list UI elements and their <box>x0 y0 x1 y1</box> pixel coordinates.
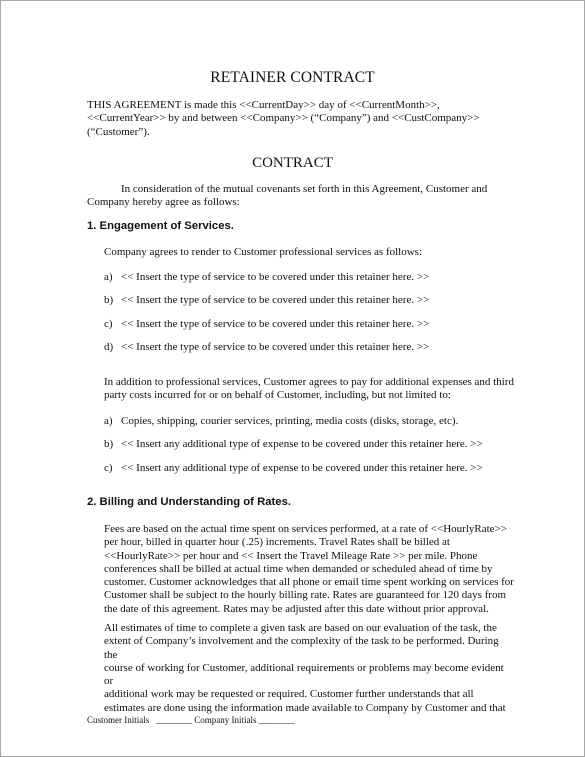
service-item: d)<< Insert the type of service to be co… <box>104 341 429 354</box>
item-text: << Insert the type of service to be cove… <box>121 341 429 353</box>
company-initials-field[interactable]: ________ <box>259 714 295 727</box>
consideration-paragraph: In consideration of the mutual covenants… <box>87 183 507 210</box>
customer-initials-field[interactable]: ________ <box>156 714 192 727</box>
fees-line: customer. Customer acknowledges that all… <box>104 576 514 589</box>
item-label: c) <box>104 318 121 331</box>
item-text: << Insert the type of service to be cove… <box>121 271 429 283</box>
consideration-line: In consideration of the mutual covenants… <box>121 183 487 195</box>
fees-line: Fees are based on the actual time spent … <box>104 523 514 536</box>
section-heading-billing: 2. Billing and Understanding of Rates. <box>87 496 291 509</box>
document-page: RETAINER CONTRACT THIS AGREEMENT is made… <box>0 0 585 757</box>
intro-line: THIS AGREEMENT is made this <<CurrentDay… <box>87 99 507 112</box>
estimates-paragraph: All estimates of time to complete a give… <box>104 622 514 715</box>
item-label: a) <box>104 415 121 428</box>
expense-item: c)<< Insert any additional type of expen… <box>104 462 483 475</box>
expenses-intro: In addition to professional services, Cu… <box>104 376 514 403</box>
company-initials-label: Company Initials <box>194 715 256 725</box>
customer-initials-label: Customer Initials <box>87 715 149 725</box>
item-text: << Insert any additional type of expense… <box>121 462 483 474</box>
service-item: b)<< Insert the type of service to be co… <box>104 294 429 307</box>
initials-footer: Customer Initials ________ Company Initi… <box>87 714 295 727</box>
fees-line: <<HourlyRate>> per hour and << Insert th… <box>104 550 514 563</box>
item-label: a) <box>104 271 121 284</box>
section-heading-engagement: 1. Engagement of Services. <box>87 220 234 233</box>
item-text: Copies, shipping, courier services, prin… <box>121 415 458 427</box>
fees-line: per hour, billed in quarter hour (.25) i… <box>104 536 514 549</box>
services-intro: Company agrees to render to Customer pro… <box>104 246 514 259</box>
consideration-line: Company hereby agree as follows: <box>87 196 507 209</box>
intro-line: (“Customer”). <box>87 126 507 139</box>
expense-item: a)Copies, shipping, courier services, pr… <box>104 415 458 428</box>
document-title: RETAINER CONTRACT <box>1 71 584 84</box>
fees-line: Customer shall be subject to the hourly … <box>104 589 514 602</box>
item-label: b) <box>104 438 121 451</box>
estimates-line: extent of Company’s involvement and the … <box>104 635 514 662</box>
item-label: d) <box>104 341 121 354</box>
item-text: << Insert any additional type of expense… <box>121 438 483 450</box>
service-item: c)<< Insert the type of service to be co… <box>104 318 429 331</box>
item-label: b) <box>104 294 121 307</box>
expenses-intro-line: In addition to professional services, Cu… <box>104 376 514 389</box>
fees-paragraph: Fees are based on the actual time spent … <box>104 523 514 616</box>
expenses-intro-line: party costs incurred for or on behalf of… <box>104 389 514 402</box>
intro-line: <<CurrentYear>> by and between <<Company… <box>87 112 507 125</box>
contract-subtitle: CONTRACT <box>1 157 584 170</box>
item-label: c) <box>104 462 121 475</box>
expense-item: b)<< Insert any additional type of expen… <box>104 438 483 451</box>
item-text: << Insert the type of service to be cove… <box>121 294 429 306</box>
service-item: a)<< Insert the type of service to be co… <box>104 271 429 284</box>
agreement-intro: THIS AGREEMENT is made this <<CurrentDay… <box>87 99 507 139</box>
fees-line: the date of this agreement. Rates may be… <box>104 603 514 616</box>
fees-line: conferences shall be billed at actual ti… <box>104 563 514 576</box>
estimates-line: additional work may be requested or requ… <box>104 688 514 701</box>
item-text: << Insert the type of service to be cove… <box>121 318 429 330</box>
estimates-line: course of working for Customer, addition… <box>104 662 514 689</box>
estimates-line: All estimates of time to complete a give… <box>104 622 514 635</box>
